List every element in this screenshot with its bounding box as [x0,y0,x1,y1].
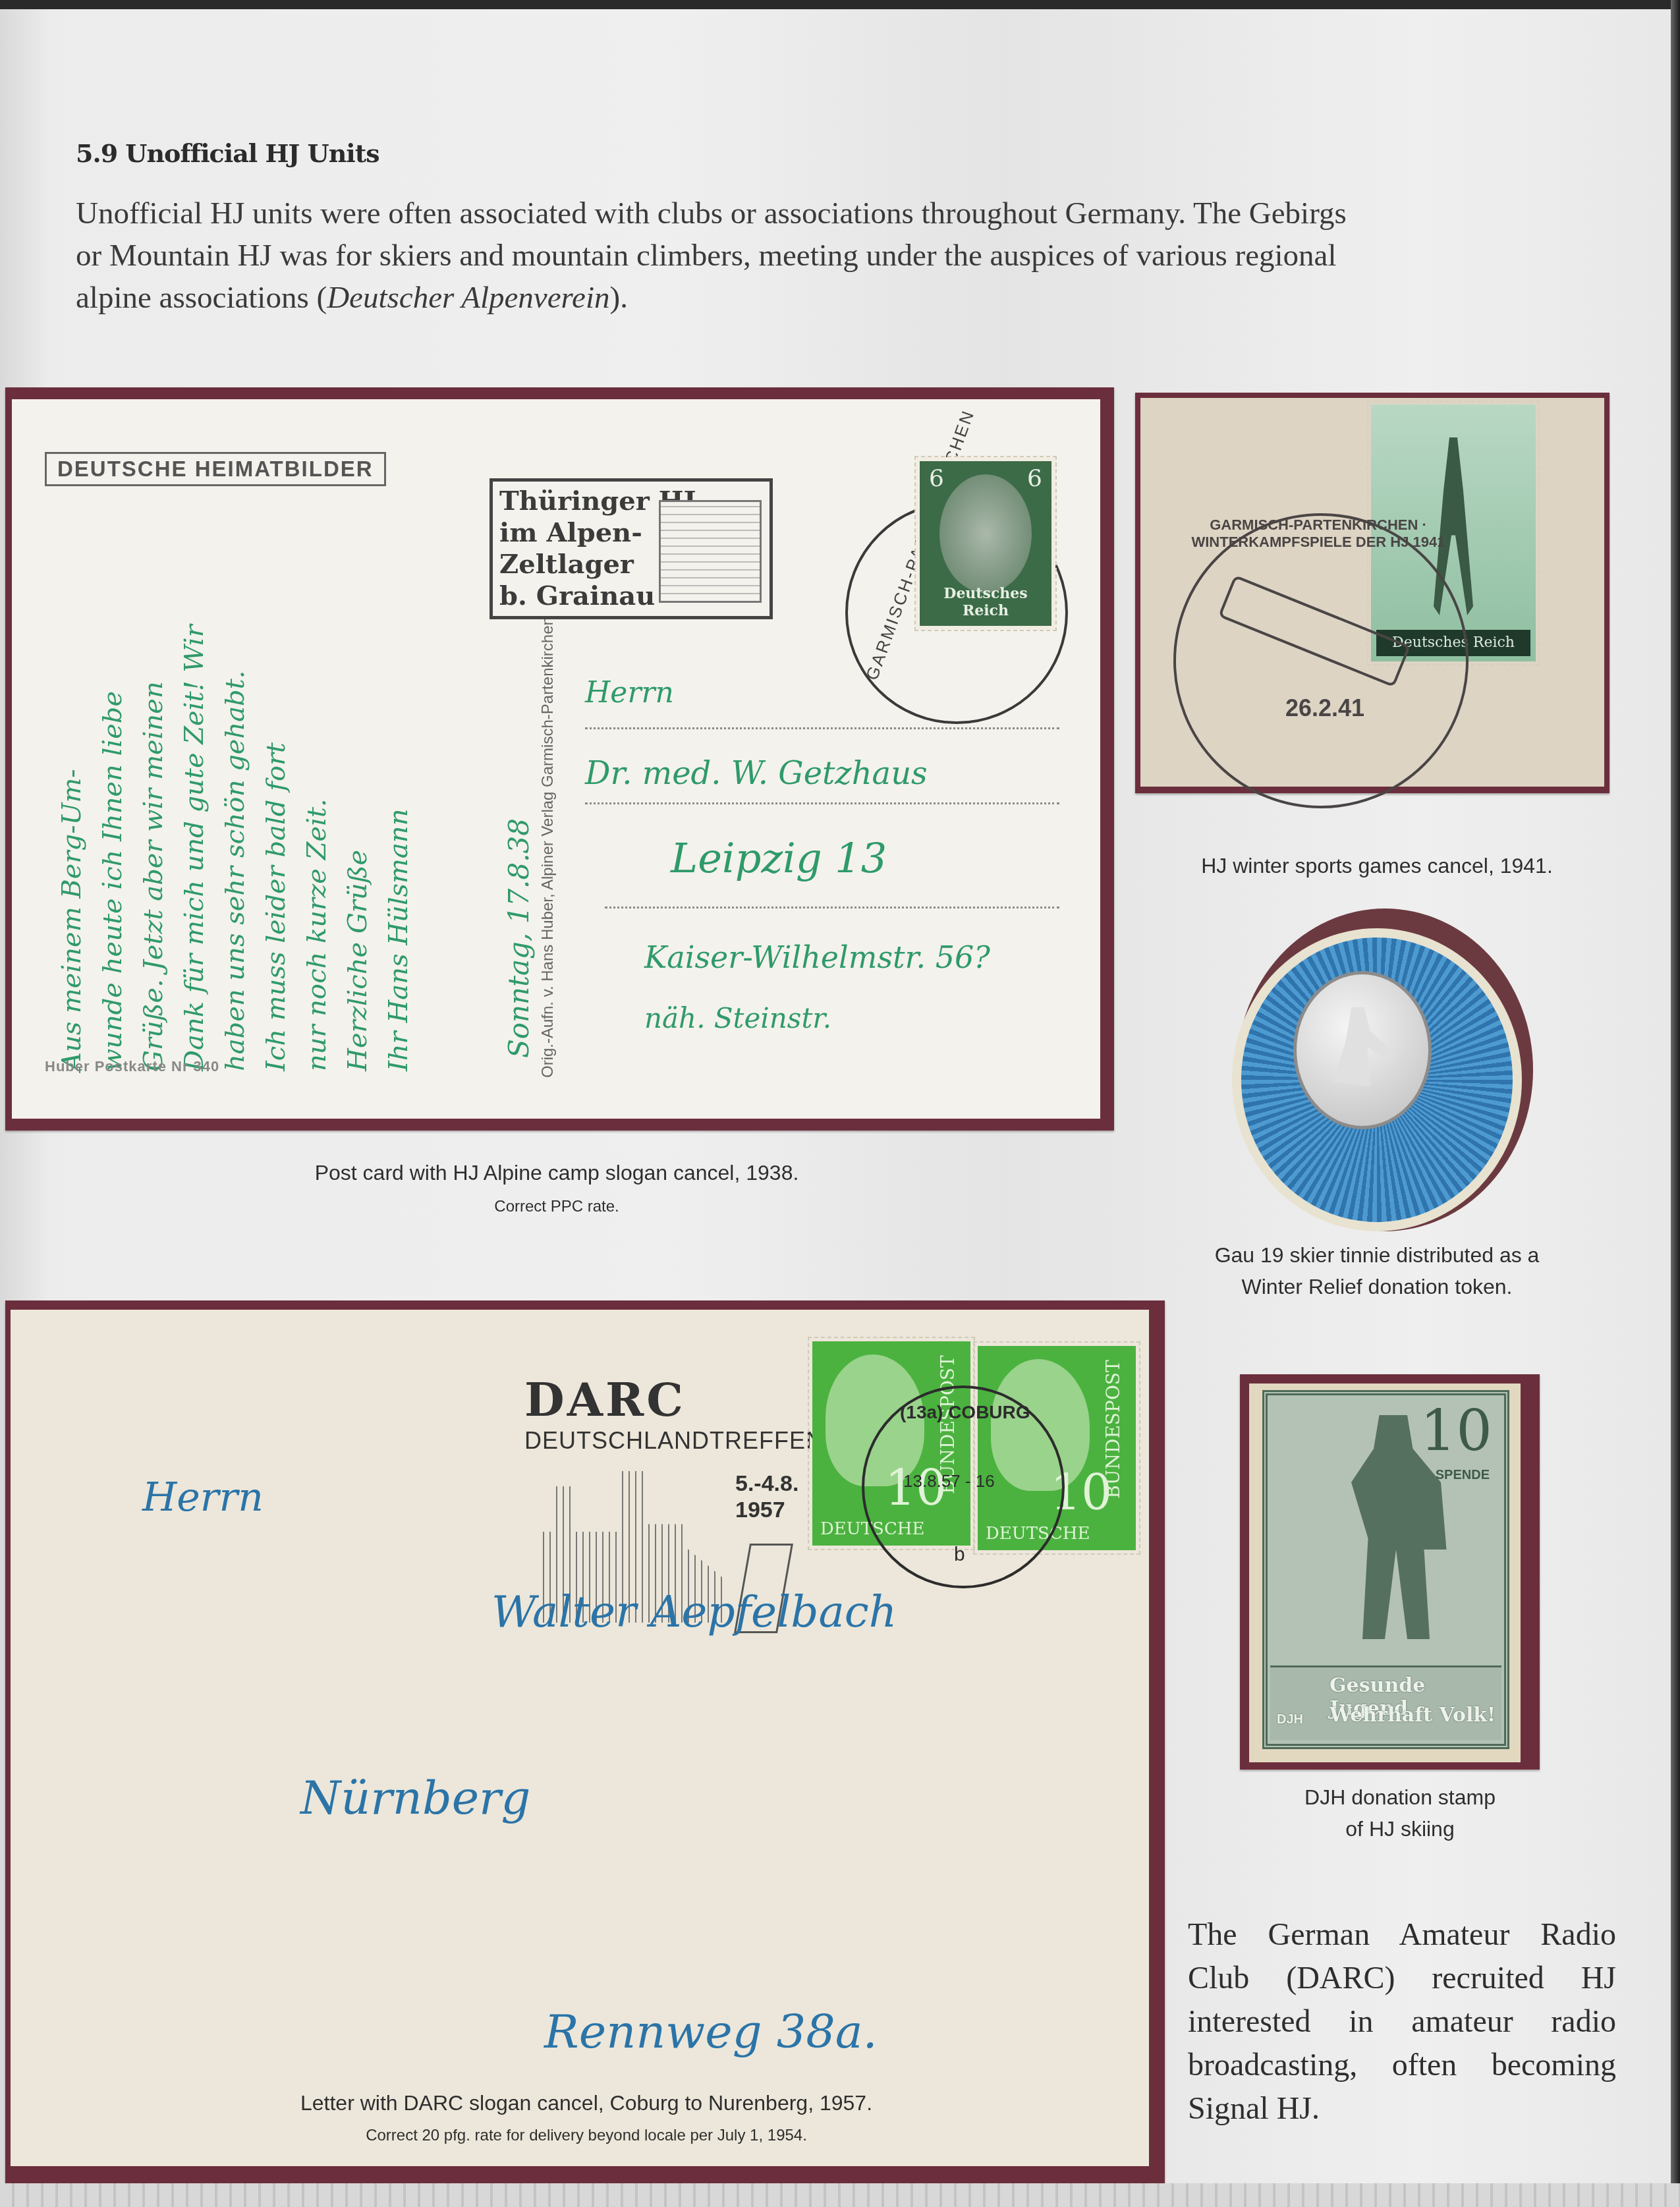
intro-line: alpine associations (Deutscher Alpenvere… [76,277,1591,319]
chalet-illustration [659,500,762,603]
letter-caption: Letter with DARC slogan cancel, Coburg t… [0,2091,1173,2115]
address-line: Dr. med. W. Getzhaus [585,755,928,792]
tinnie-medal [1293,971,1432,1129]
letter-address-line: Herrn [142,1474,264,1521]
postcard-caption: Post card with HJ Alpine camp slogan can… [0,1161,1113,1185]
tinnie-caption: Gau 19 skier tinnie distributed as a Win… [1120,1239,1634,1302]
handwritten-message: Aus meinem Berg-Um- wunde heute ich Ihne… [51,478,419,1071]
intro-line: Unofficial HJ units were often associate… [76,192,1591,235]
letter-address-line: Nürnberg [300,1771,530,1825]
intro-line: or Mountain HJ was for skiers and mounta… [76,235,1591,277]
skier-relief [1333,1007,1395,1086]
address-line: näh. Steinstr. [644,1002,831,1034]
darc-side-note: The German Amateur Radio Club (DARC) rec… [1188,1913,1616,2131]
coburg-postmark-text: (13a) COBURG [900,1402,1030,1423]
address-line: Leipzig 13 [671,834,887,882]
coburg-postmark-date: 13.8.57 - 16 [903,1471,995,1492]
letter-address-line: Rennweg 38a. [544,2005,878,2059]
letter-envelope: DARC DEUTSCHLANDTREFFEN 5.-4.8. 1957 10 … [11,1310,1149,2166]
hindenburg-stamp: 6 6 Deutsches Reich [916,457,1055,630]
djh-caption: DJH donation stamp of HJ skiing [1166,1781,1634,1845]
djh-stamp-design: 10 SPENDE Gesunde Jugend Wehrhaft Volk! … [1262,1390,1509,1749]
address-rule [585,727,1059,729]
winter-cancel-mount: Deutsches Reich GARMISCH-PARTENKIRCHEN ·… [1135,393,1610,793]
djh-stamp: 10 SPENDE Gesunde Jugend Wehrhaft Volk! … [1249,1383,1521,1762]
letter-address-line: Walter Aepfelbach [491,1586,897,1637]
djh-stamp-mount: 10 SPENDE Gesunde Jugend Wehrhaft Volk! … [1240,1374,1540,1770]
address-line: Herrn [585,676,674,710]
winter-cancel-caption: HJ winter sports games cancel, 1941. [1120,854,1634,878]
letter-caption-sub: Correct 20 pfg. rate for delivery beyond… [0,2127,1173,2145]
album-page: 5.9 Unofficial HJ Units Unofficial HJ un… [0,9,1671,2183]
sleeve-binding [0,2183,1680,2207]
handwritten-date: Sonntag, 17.8.38 [503,818,535,1058]
address-line: Kaiser-Wilhelmstr. 56? [644,939,990,975]
djh-banner: Gesunde Jugend Wehrhaft Volk! DJH [1270,1665,1501,1740]
portrait-oval [939,474,1032,593]
postcard-footer-print: Huber Postkarte Nr 340 [45,1058,219,1075]
postcard-caption-sub: Correct PPC rate. [0,1198,1113,1216]
winter-games-postmark [1173,513,1469,808]
publisher-imprint: Orig.-Aufn. v. Hans Huber, Alpiner Verla… [539,617,557,1078]
slogan-cancel: Thüringer HJ im Alpen- Zeltlager b. Grai… [490,478,773,619]
winter-cancel-piece: Deutsches Reich GARMISCH-PARTENKIRCHEN ·… [1140,398,1604,787]
intro-paragraph: Unofficial HJ units were often associate… [76,192,1591,319]
address-rule [585,802,1059,804]
winter-postmark-text: GARMISCH-PARTENKIRCHEN · WINTERKAMPFSPIE… [1187,517,1450,551]
postcard: DEUTSCHE HEIMATBILDER Aus meinem Berg-Um… [12,399,1100,1119]
page-heading: 5.9 Unofficial HJ Units [76,138,379,168]
postcard-mount: DEUTSCHE HEIMATBILDER Aus meinem Berg-Um… [5,387,1114,1131]
letter-mount: DARC DEUTSCHLANDTREFFEN 5.-4.8. 1957 10 … [5,1300,1165,2183]
winter-postmark-date: 26.2.41 [1285,694,1364,722]
address-rule [605,907,1059,908]
coburg-postmark-letter: b [954,1544,965,1566]
sleeve-edge [1671,0,1680,2207]
